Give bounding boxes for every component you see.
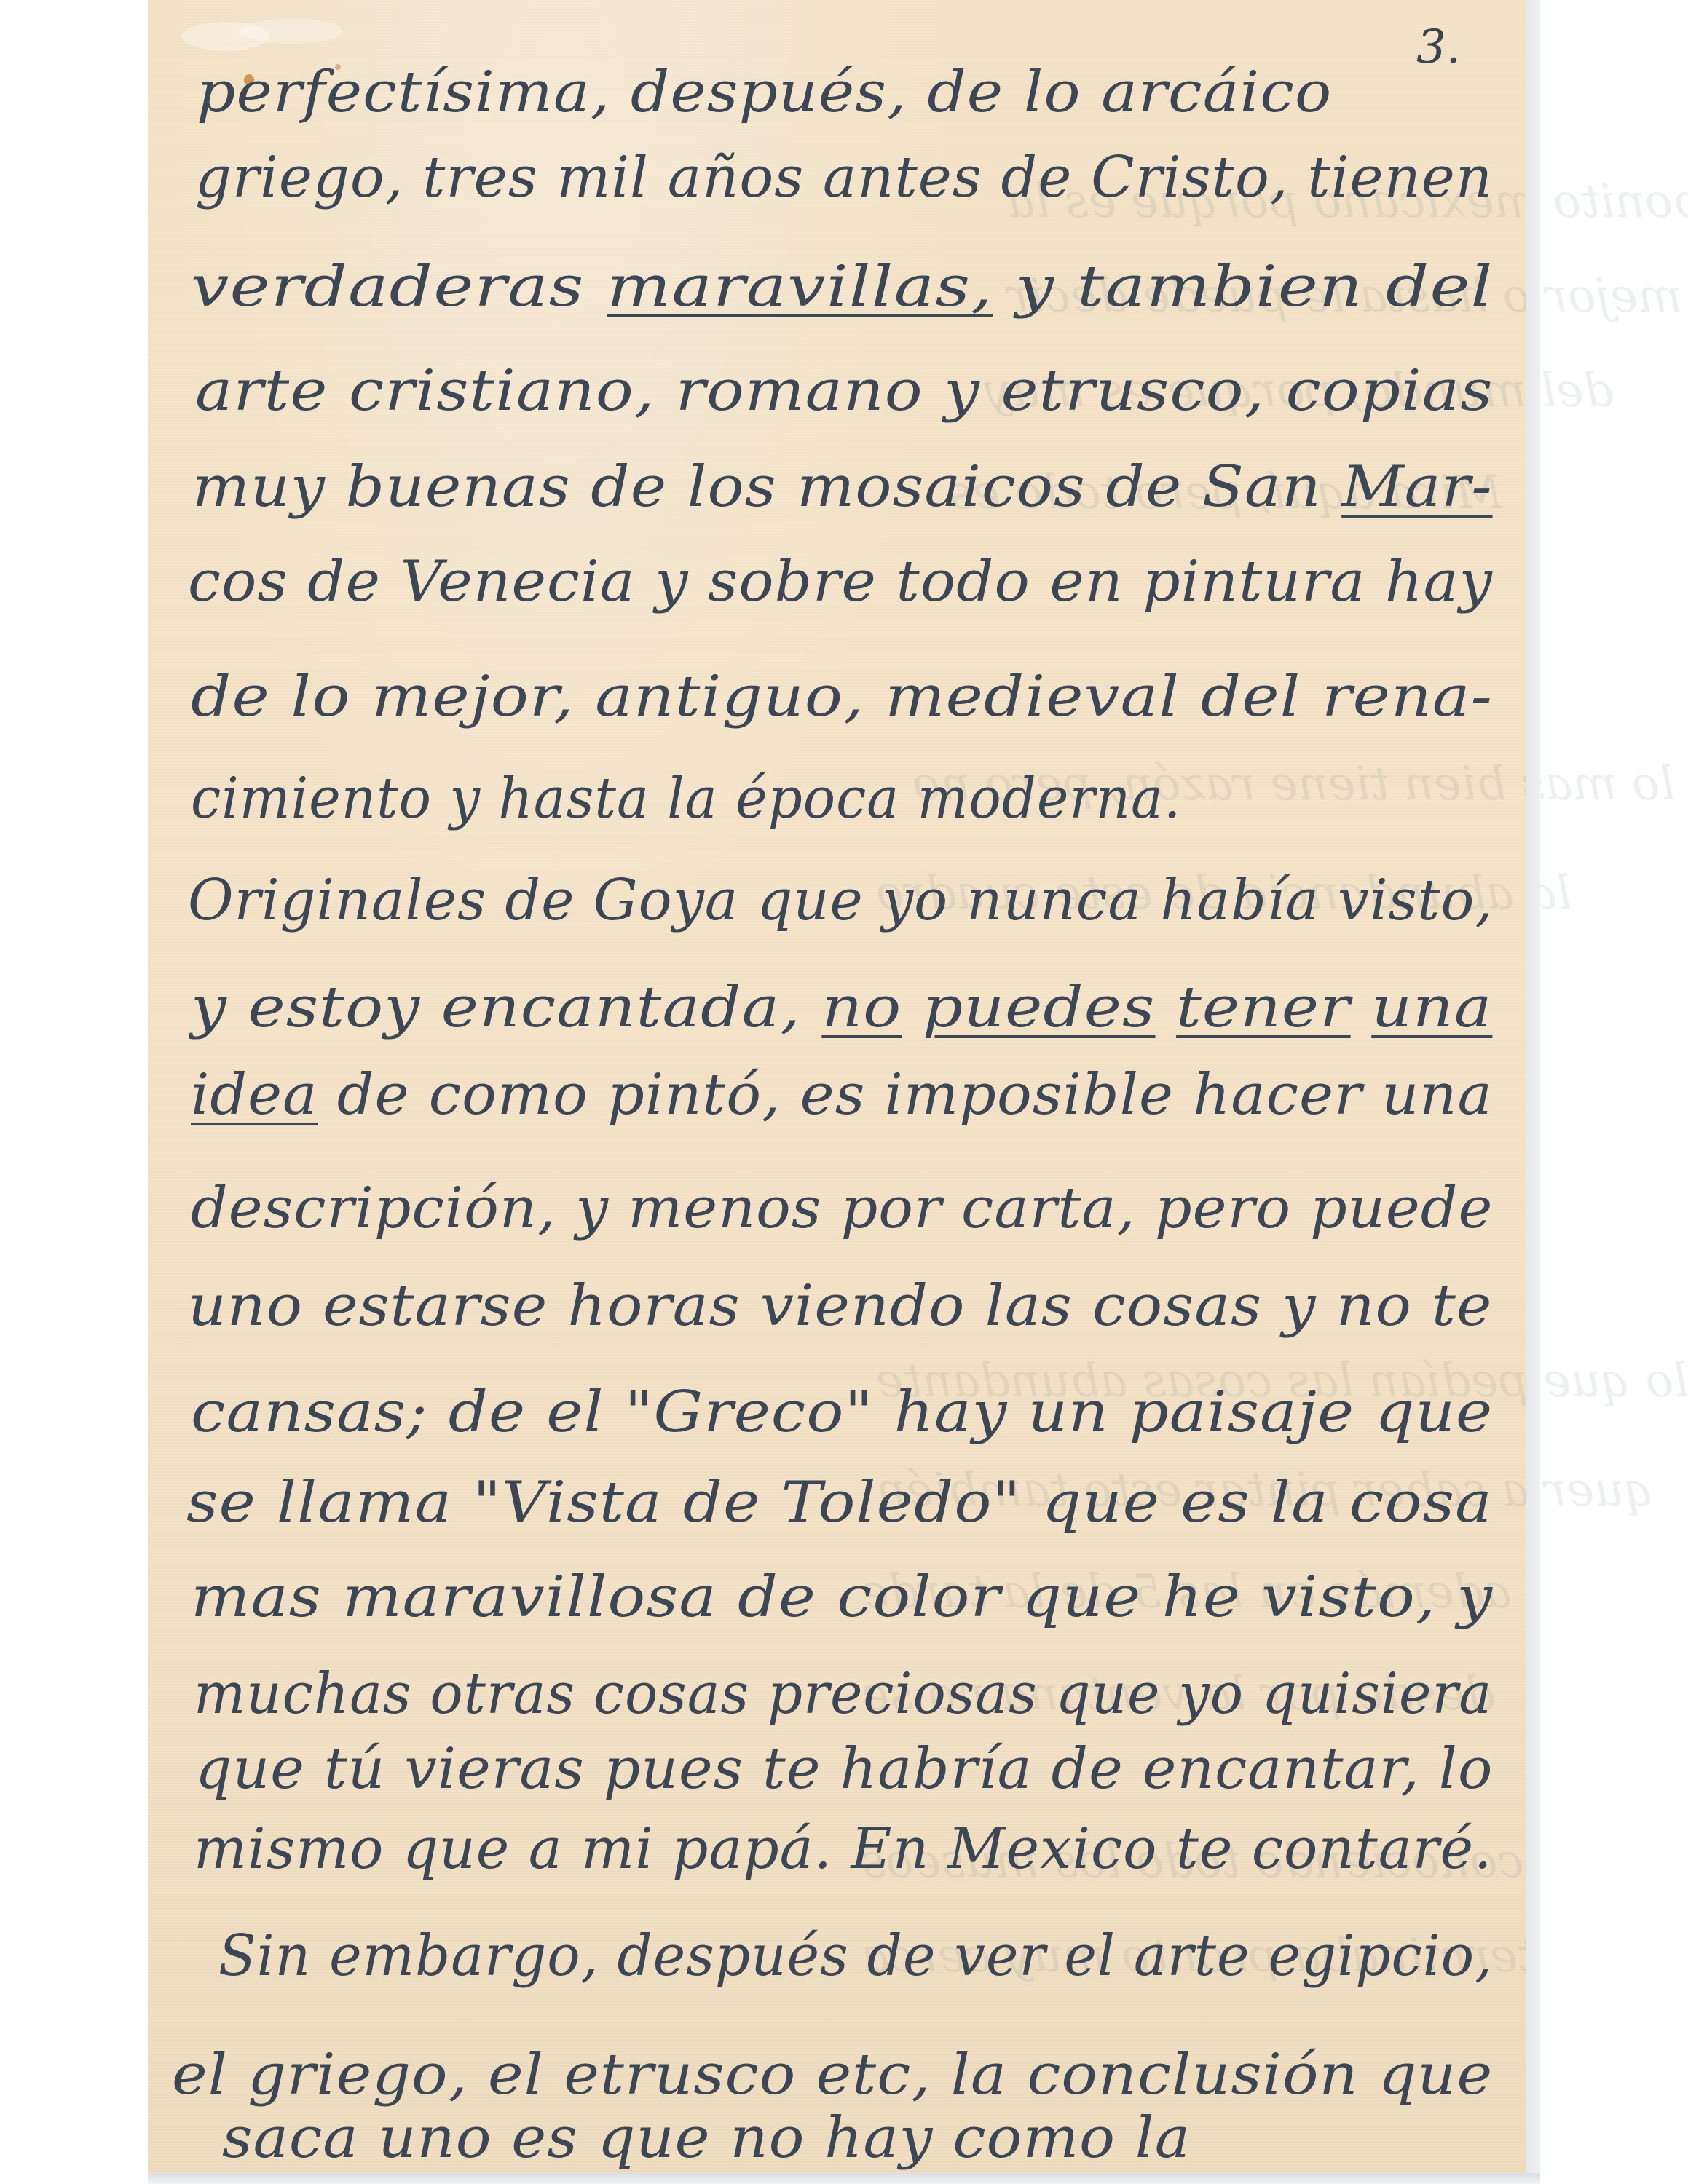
word: años: [668, 145, 804, 210]
word: y: [1457, 1564, 1494, 1630]
word: visto,: [1338, 868, 1494, 933]
word: pintó,: [607, 1062, 781, 1128]
word: pero: [1155, 1176, 1291, 1241]
word: hasta: [498, 766, 650, 831]
word: preciosas: [768, 1661, 1038, 1727]
scan-edge-strip: [1526, 0, 1540, 2177]
text-line: cos de Venecia y sobre todo en pintura h…: [188, 553, 1493, 610]
word: lo: [1024, 60, 1081, 125]
word: había: [1160, 868, 1319, 933]
word: sobre: [708, 549, 877, 614]
word: otras: [430, 1661, 575, 1727]
word: de: [738, 1564, 816, 1630]
word: muy: [192, 454, 326, 520]
word: el: [172, 2042, 228, 2108]
word: hay: [1385, 549, 1493, 614]
text-line: de lo mejor, antiguo, medieval del rena-: [191, 668, 1493, 725]
word: no: [821, 975, 902, 1040]
page-number: 3.: [1416, 20, 1461, 74]
word: puedes: [923, 975, 1156, 1040]
word: griego,: [248, 2042, 468, 2108]
word: visto,: [1261, 1564, 1436, 1630]
word: que: [1022, 1564, 1141, 1630]
word: cristiano,: [349, 358, 655, 424]
text-line: arte cristiano, romano y etrusco, copias: [195, 363, 1493, 419]
word: papá.: [672, 1816, 832, 1882]
word: encantar,: [1143, 1736, 1420, 1802]
word: arte: [1134, 1923, 1250, 1989]
word: de: [505, 868, 575, 933]
word: de: [307, 549, 381, 614]
word: horas: [567, 1273, 740, 1339]
text-line: mas maravillosa de color que he visto, y: [191, 1569, 1493, 1626]
word: el: [488, 2042, 544, 2108]
word: mismo: [194, 1816, 384, 1882]
word: una: [1381, 1062, 1493, 1128]
word: antes: [823, 145, 982, 210]
word: que: [195, 1736, 305, 1802]
word: buenas: [346, 454, 571, 520]
word: idea: [191, 1062, 318, 1128]
word: mejor,: [371, 664, 574, 729]
word: no: [730, 2105, 805, 2171]
word: de: [683, 1470, 761, 1535]
word: ver: [954, 1923, 1046, 1989]
word: Sin: [218, 1923, 311, 1989]
word: época: [735, 766, 899, 831]
word: que: [757, 868, 864, 933]
word: copias: [1286, 358, 1494, 424]
word: Toledo": [781, 1470, 1021, 1535]
word: Mar-: [1341, 454, 1492, 520]
word: los: [687, 454, 777, 520]
word: llama: [277, 1470, 452, 1535]
text-line: muchas otras cosas preciosas que yo quis…: [194, 1666, 1492, 1722]
word: mas: [191, 1564, 322, 1630]
word: arcáico: [1101, 60, 1332, 125]
word: lo: [1439, 1736, 1494, 1802]
word: se: [186, 1470, 256, 1535]
word: no: [1336, 1273, 1412, 1339]
word: he: [1162, 1564, 1241, 1630]
word: rena-: [1322, 664, 1493, 729]
word: es: [1180, 1470, 1250, 1535]
word: después,: [631, 60, 907, 125]
word: como: [953, 2105, 1116, 2171]
text-line: mismo que a mi papá. En Mexico te contar…: [194, 1821, 1492, 1878]
word: todo: [896, 549, 1030, 614]
word: el: [1064, 1923, 1116, 1989]
word: etrusco,: [1001, 358, 1265, 424]
word: puede: [1310, 1176, 1493, 1241]
word: que: [1379, 2042, 1493, 2108]
text-line: perfectísima, después, de lo arcáico: [197, 64, 1332, 121]
word: y: [655, 549, 688, 614]
word: te: [1432, 1273, 1492, 1339]
word: tres: [422, 145, 538, 210]
word: moderna.: [918, 766, 1182, 831]
word: mi: [581, 1816, 654, 1882]
word: hacer: [1193, 1062, 1362, 1128]
text-line: se llama "Vista de Toledo" que es la cos…: [186, 1474, 1493, 1531]
text-line: griego, tres mil años antes de Cristo, t…: [195, 149, 1493, 206]
word: en: [1049, 549, 1123, 614]
word: que: [598, 2105, 711, 2171]
word: un: [1028, 1380, 1108, 1445]
word: carta,: [961, 1176, 1136, 1241]
word: verdaderas: [191, 254, 585, 320]
word: de: [867, 1923, 936, 1989]
word: de: [1105, 454, 1182, 520]
word: perfectísima,: [197, 60, 610, 125]
word: es: [800, 1062, 866, 1128]
word: embargo,: [329, 1923, 599, 1989]
word: te: [1176, 1816, 1233, 1882]
word: Venecia: [401, 549, 636, 614]
word: arte: [195, 358, 328, 424]
word: etrusco: [564, 2042, 796, 2108]
word: de: [1052, 1736, 1124, 1802]
word: yo: [882, 868, 948, 933]
text-line: Sin embargo, después de ver el arte egip…: [218, 1928, 1493, 1985]
word: la: [1135, 2105, 1191, 2171]
word: medieval: [885, 664, 1180, 729]
word: estoy: [248, 975, 421, 1040]
word: tambien: [1077, 254, 1363, 320]
word: contaré.: [1252, 1816, 1493, 1882]
word: las: [985, 1273, 1073, 1339]
word: a: [529, 1816, 563, 1882]
word: cimiento: [191, 766, 432, 831]
word: hay: [824, 2105, 933, 2171]
word: como: [429, 1062, 588, 1128]
word: que: [403, 1816, 510, 1882]
text-line: Originales de Goya que yo nunca había vi…: [188, 872, 1494, 929]
word: etc,: [816, 2042, 931, 2108]
text-line: idea de como pintó, es imposible hacer u…: [191, 1067, 1493, 1123]
word: imposible: [885, 1062, 1174, 1128]
word: y: [1016, 254, 1055, 320]
paper-crease: [240, 18, 342, 44]
word: de: [449, 1380, 526, 1445]
word: viendo: [760, 1273, 966, 1339]
text-line: que tú vieras pues te habría de encantar…: [195, 1741, 1493, 1797]
word: y: [449, 766, 481, 831]
word: maravillosa: [342, 1564, 717, 1630]
word: egipcio,: [1268, 1923, 1493, 1989]
word: te: [762, 1736, 821, 1802]
word: por: [841, 1176, 942, 1241]
word: pintura: [1143, 549, 1365, 614]
word: la: [667, 766, 717, 831]
word: yo: [1178, 1661, 1244, 1727]
word: que: [1056, 1661, 1161, 1727]
text-line: cimiento y hasta la época moderna.: [191, 770, 1181, 827]
word: griego,: [195, 145, 403, 210]
scan-bottom-strip: [148, 2173, 1540, 2184]
word: tú: [324, 1736, 385, 1802]
word: la: [1271, 1470, 1329, 1535]
word: de: [191, 664, 270, 729]
word: descripción,: [191, 1176, 556, 1241]
text-line: saca uno es que no hay como la: [222, 2110, 1191, 2167]
word: cosas: [593, 1661, 749, 1727]
word: color: [837, 1564, 1001, 1630]
word: muchas: [194, 1661, 411, 1727]
word: y: [1282, 1273, 1316, 1339]
word: San: [1202, 454, 1322, 520]
text-line: y estoy encantada, no puedes tener una: [191, 979, 1492, 1036]
word: de: [337, 1062, 410, 1128]
word: del: [1201, 664, 1301, 729]
word: paisaje: [1129, 1380, 1355, 1445]
word: encantada,: [441, 975, 801, 1040]
word: de: [591, 454, 667, 520]
word: del: [1386, 254, 1494, 320]
word: y: [944, 358, 980, 424]
text-line: el griego, el etrusco etc, la conclusión…: [172, 2046, 1493, 2103]
word: antiguo,: [595, 664, 864, 729]
word: pues: [604, 1736, 744, 1802]
word: menos: [628, 1176, 821, 1241]
word: la: [951, 2042, 1007, 2108]
word: cansas;: [191, 1380, 428, 1445]
word: de: [1001, 145, 1072, 210]
word: y: [575, 1176, 609, 1241]
word: que: [1042, 1470, 1160, 1535]
text-line: descripción, y menos por carta, pero pue…: [191, 1180, 1493, 1237]
word: romano: [676, 358, 923, 424]
word: hay: [894, 1380, 1007, 1445]
word: Cristo,: [1091, 145, 1289, 210]
word: quisiera: [1262, 1661, 1492, 1727]
text-line: cansas; de el "Greco" hay un paisaje que: [191, 1384, 1493, 1441]
word: cos: [188, 549, 288, 614]
word: Mexico: [948, 1816, 1158, 1882]
word: y: [191, 975, 227, 1040]
word: conclusión: [1027, 2042, 1358, 2108]
word: "Vista: [473, 1470, 663, 1535]
word: mil: [556, 145, 649, 210]
word: que: [1375, 1380, 1493, 1445]
word: tener: [1176, 975, 1351, 1040]
word: Originales: [188, 868, 486, 933]
word: mosaicos: [797, 454, 1086, 520]
word: nunca: [966, 868, 1142, 933]
word: uno: [188, 1273, 303, 1339]
word: tienen: [1307, 145, 1493, 210]
word: después: [617, 1923, 848, 1989]
word: estarse: [323, 1273, 548, 1339]
word: vieras: [404, 1736, 584, 1802]
word: Goya: [593, 868, 739, 933]
word: uno: [378, 2105, 492, 2171]
word: el: [546, 1380, 604, 1445]
word: saca: [222, 2105, 359, 2171]
word: "Greco": [625, 1380, 874, 1445]
text-line: verdaderas maravillas, y tambien del: [191, 258, 1494, 315]
word: una: [1371, 975, 1492, 1040]
word: es: [511, 2105, 578, 2171]
word: lo: [291, 664, 351, 729]
text-line: uno estarse horas viendo las cosas y no …: [188, 1278, 1492, 1334]
word: En: [851, 1816, 929, 1882]
word: de: [927, 60, 1003, 125]
word: cosas: [1092, 1273, 1262, 1339]
word: maravillas,: [607, 254, 993, 320]
word: habría: [840, 1736, 1033, 1802]
word: cosa: [1349, 1470, 1493, 1535]
text-line: muy buenas de los mosaicos de San Mar-: [192, 459, 1493, 515]
